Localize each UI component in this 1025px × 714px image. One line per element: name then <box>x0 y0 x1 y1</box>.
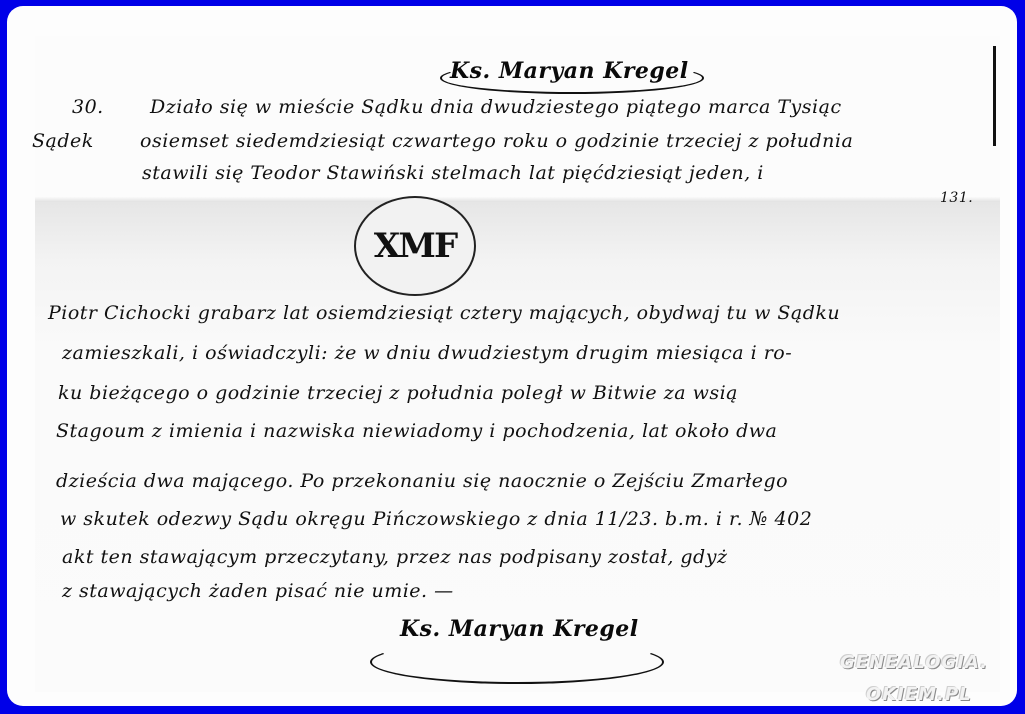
text-line-11: z stawających żaden pisać nie umie. — <box>62 580 454 602</box>
text-line-8: dzieścia dwa mającego. Po przekonaniu si… <box>56 470 788 492</box>
record-number: 30. <box>72 96 104 118</box>
top-signature-flourish <box>440 62 704 94</box>
watermark-line-1: GENEALOGIA. <box>840 652 988 673</box>
fragment-number: 131. <box>940 190 973 206</box>
text-line-9: w skutek odezwy Sądu okręgu Pińczowskieg… <box>60 508 812 530</box>
bottom-signature: Ks. Maryan Kregel <box>400 616 639 642</box>
wax-seal-stamp: XMF <box>354 196 476 296</box>
page-edge-line <box>993 46 996 146</box>
text-line-3: stawili się Teodor Stawiński stelmach la… <box>142 162 764 184</box>
text-line-1: Działo się w mieście Sądku dnia dwudzies… <box>150 96 842 118</box>
watermark-line-2: OKIEM.PL <box>866 684 972 705</box>
bottom-signature-flourish <box>370 640 664 684</box>
text-line-4: Piotr Cichocki grabarz lat osiemdziesiąt… <box>48 302 840 324</box>
text-line-6: ku bieżącego o godzinie trzeciej z połud… <box>58 382 738 404</box>
text-line-2: osiemset siedemdziesiąt czwartego roku o… <box>140 130 853 152</box>
margin-note: Sądek <box>32 130 94 152</box>
text-line-7: Stagoum z imienia i nazwiska niewiadomy … <box>56 420 777 442</box>
seal-monogram: XMF <box>374 226 456 266</box>
text-line-5: zamieszkali, i oświadczyli: że w dniu dw… <box>62 342 792 364</box>
text-line-10: akt ten stawającym przeczytany, przez na… <box>62 546 727 568</box>
